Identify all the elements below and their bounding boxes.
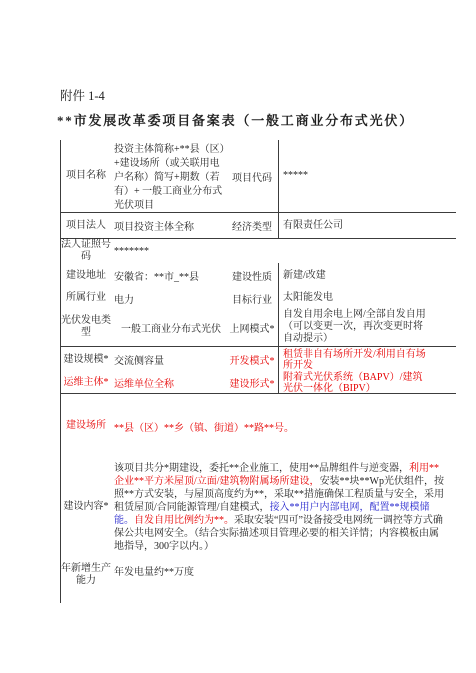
table-row-license-no: 法人证照号码 *******: [61, 239, 456, 263]
om-value: 运维单位全称: [111, 372, 226, 393]
table-row-content: 建设内容* 该项目共分*期建设，委托**企业施工，使用**品牌组件与逆变器，利用…: [61, 458, 456, 555]
attachment-label: 附件 1-4: [60, 86, 105, 104]
content-seg-red-2: 自发自用比例约为**。: [134, 515, 234, 526]
economic-type-value: 有限责任公司: [278, 213, 456, 238]
document-page: 附件 1-4 **市发展改革委项目备案表（一般工商业分布式光伏） 项目名称 投资…: [0, 0, 476, 673]
table-row-project-name: 项目名称 投资主体简称+**县（区）+建设场所（或关联用电户名称）简写+期数（若…: [61, 140, 456, 213]
industry-label: 所属行业: [61, 288, 111, 308]
economic-type-label: 经济类型: [226, 213, 278, 238]
site-label: 建设场所: [61, 394, 111, 458]
filing-form-table: 项目名称 投资主体简称+**县（区）+建设场所（或关联用电户名称）简写+期数（若…: [60, 140, 456, 603]
legal-person-value: 项目投资主体全称: [111, 213, 226, 238]
construction-nature-value: 新建/改建: [278, 263, 456, 288]
grid-mode-value: 自发自用余电上网/全部自发自用（可以变更一次，再次变更时将自动提示）: [278, 308, 456, 346]
pv-type-label: 光伏发电类型: [61, 308, 111, 346]
grid-mode-label: 上网模式*: [226, 308, 278, 346]
site-value: **县（区）**乡（镇、街道）**路**号。: [111, 394, 456, 458]
construction-nature-label: 建设性质: [226, 263, 278, 288]
license-no-value: *******: [111, 239, 456, 263]
dev-mode-label: 开发模式*: [226, 347, 278, 372]
industry-value: 电力: [111, 288, 226, 308]
dev-mode-value: 租赁非自有场所开发/利用自有场所开发: [278, 347, 456, 372]
table-row-site: 建设场所 **县（区）**乡（镇、街道）**路**号。: [61, 394, 456, 458]
capacity-value: 年发电量约**万度: [111, 555, 456, 578]
page-title: **市发展改革委项目备案表（一般工商业分布式光伏）: [57, 110, 457, 129]
table-row-scale: 建设规模* 交流侧容量 开发模式* 租赁非自有场所开发/利用自有场所开发: [61, 347, 456, 372]
target-industry-value: 太阳能发电: [278, 288, 456, 308]
construction-form-value: 附着式光伏系统（BAPV）/建筑光伏一体化（BIPV）: [278, 372, 456, 393]
table-row-legal-person: 项目法人 项目投资主体全称 经济类型 有限责任公司: [61, 213, 456, 239]
address-value: 安徽省：**市_**县: [111, 263, 226, 288]
construction-form-label: 建设形式*: [226, 372, 278, 393]
scale-value: 交流侧容量: [111, 347, 226, 372]
address-label: 建设地址: [61, 263, 111, 288]
legal-person-label: 项目法人: [61, 213, 111, 238]
om-label: 运维主体*: [61, 372, 111, 393]
content-paragraph: 该项目共分*期建设，委托**企业施工，使用**品牌组件与逆变器，利用**企业**…: [111, 458, 456, 555]
table-row-address: 建设地址 安徽省：**市_**县 建设性质 新建/改建: [61, 263, 456, 288]
content-label: 建设内容*: [61, 458, 111, 555]
project-code-label: 项目代码: [226, 140, 278, 212]
project-name-value: 投资主体简称+**县（区）+建设场所（或关联用电户名称）简写+期数（若有）+ 一…: [111, 140, 226, 212]
scale-label: 建设规模*: [61, 347, 111, 372]
license-no-label: 法人证照号码: [61, 239, 111, 263]
table-row-pv-type: 光伏发电类型 一般工商业分布式光伏 上网模式* 自发自用余电上网/全部自发自用（…: [61, 308, 456, 347]
project-code-value: *****: [278, 140, 456, 212]
table-row-industry: 所属行业 电力 目标行业 太阳能发电: [61, 288, 456, 308]
table-row-capacity: 年新增生产能力 年发电量约**万度: [61, 555, 456, 603]
table-row-om: 运维主体* 运维单位全称 建设形式* 附着式光伏系统（BAPV）/建筑光伏一体化…: [61, 372, 456, 394]
project-name-label: 项目名称: [61, 140, 111, 212]
target-industry-label: 目标行业: [226, 288, 278, 308]
content-seg-black-1: 该项目共分*期建设，委托**企业施工，使用**品牌组件与逆变器，: [114, 463, 409, 474]
capacity-label: 年新增生产能力: [61, 555, 111, 587]
pv-type-value: 一般工商业分布式光伏: [111, 308, 226, 346]
